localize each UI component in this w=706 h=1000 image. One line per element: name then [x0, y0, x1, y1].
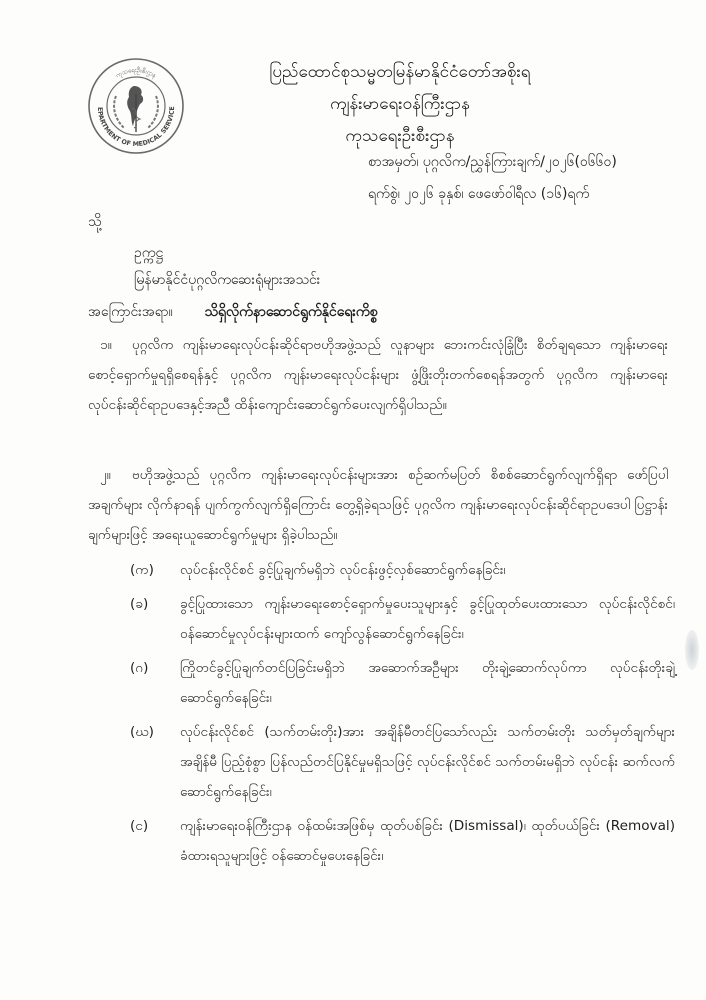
list-item: (ခ) ခွင့်ပြုထားသော ကျန်းမာရေးစောင့်ရှောက…: [130, 589, 675, 649]
subject-label: အကြောင်းအရာ။: [88, 302, 200, 323]
paragraph-text: ပုဂ္ဂလိက ကျန်းမာရေးလုပ်ငန်းဆိုင်ရာဗဟိုအဖ…: [88, 337, 668, 413]
item-marker: (က): [130, 555, 180, 585]
reference-block: စာအမှတ်၊ ပုဂ္ဂလိက/ညွှန်ကြားချက်/၂၀၂၆(၀၆၆…: [368, 146, 617, 210]
list-item: (င) ကျန်းမာရေးဝန်ကြီးဌာန ဝန်ထမ်းအဖြစ်မှ …: [130, 811, 675, 871]
paragraph-2: ၂။ဗဟိုအဖွဲ့သည် ပုဂ္ဂလိက ကျန်းမာရေးလုပ်ငန…: [88, 460, 668, 550]
svg-text:ကုသရေးဦးစီးဌာန: ကုသရေးဦးစီးဌာန: [115, 66, 158, 80]
addressee-organization: မြန်မာနိုင်ငံပုဂ္ဂလိကဆေးရုံများအသင်း: [134, 267, 320, 294]
item-marker: (င): [130, 811, 180, 871]
violation-list: (က) လုပ်ငန်းလိုင်စင် ခွင့်ပြုချက်မရှိဘဲ …: [130, 555, 675, 875]
item-text: ခွင့်ပြုထားသော ကျန်းမာရေးစောင့်ရှောက်မှု…: [180, 589, 675, 649]
paragraph-text: ဗဟိုအဖွဲ့သည် ပုဂ္ဂလိက ကျန်းမာရေးလုပ်ငန်း…: [88, 467, 668, 543]
scan-smudge: [685, 630, 699, 670]
item-marker: (ဃ): [130, 717, 180, 807]
list-item: (ဃ) လုပ်ငန်းလိုင်စင် (သက်တမ်းတိုး)အား အခ…: [130, 717, 675, 807]
letter-number: စာအမှတ်၊ ပုဂ္ဂလိက/ညွှန်ကြားချက်/၂၀၂၆(၀၆၆…: [368, 146, 617, 178]
ministry-name: ကျန်းမာရေးဝန်ကြီးဌာန: [200, 88, 600, 120]
subject-line: အကြောင်းအရာ။ သိရှိလိုက်နာဆောင်ရွက်နိုင်ရ…: [88, 302, 377, 323]
list-item: (က) လုပ်ငန်းလိုင်စင် ခွင့်ပြုချက်မရှိဘဲ …: [130, 555, 675, 585]
letter-date: ရက်စွဲ၊ ၂၀၂၆ ခုနှစ်၊ ဖေဖော်ဝါရီလ (၁၆)ရက်: [368, 178, 617, 210]
letter-page: ကုသရေးဦးစီးဌာန DEPARTMENT OF MEDICAL SER…: [0, 0, 706, 1000]
paragraph-1: ၁။ပုဂ္ဂလိက ကျန်းမာရေးလုပ်ငန်းဆိုင်ရာဗဟို…: [88, 330, 668, 420]
item-text: လုပ်ငန်းလိုင်စင် ခွင့်ပြုချက်မရှိဘဲ လုပ်…: [180, 555, 675, 585]
paragraph-number: ၂။: [88, 460, 132, 490]
list-item: (ဂ) ကြိုတင်ခွင့်ပြုချက်တင်ပြခြင်းမရှိဘဲ …: [130, 653, 675, 713]
paragraph-number: ၁။: [88, 330, 132, 360]
addressee-title: ဥက္ကဋ္ဌ: [134, 240, 320, 267]
item-marker: (ဂ): [130, 653, 180, 713]
to-label: သို့: [88, 212, 102, 233]
letterhead: ပြည်ထောင်စုသမ္မတမြန်မာနိုင်ငံတော်အစိုးရ …: [200, 56, 600, 152]
department-seal-icon: ကုသရေးဦးစီးဌာန DEPARTMENT OF MEDICAL SER…: [86, 56, 186, 156]
item-marker: (ခ): [130, 589, 180, 649]
addressee-block: ဥက္ကဋ္ဌ မြန်မာနိုင်ငံပုဂ္ဂလိကဆေးရုံများအ…: [134, 240, 320, 294]
item-text: ကျန်းမာရေးဝန်ကြီးဌာန ဝန်ထမ်းအဖြစ်မှ ထုတ်…: [180, 811, 675, 871]
item-text: လုပ်ငန်းလိုင်စင် (သက်တမ်းတိုး)အား အချိန်…: [180, 717, 675, 807]
item-text: ကြိုတင်ခွင့်ပြုချက်တင်ပြခြင်းမရှိဘဲ အဆော…: [180, 653, 675, 713]
government-name: ပြည်ထောင်စုသမ္မတမြန်မာနိုင်ငံတော်အစိုးရ: [200, 56, 600, 88]
subject-title: သိရှိလိုက်နာဆောင်ရွက်နိုင်ရေးကိစ္စ: [204, 304, 377, 320]
